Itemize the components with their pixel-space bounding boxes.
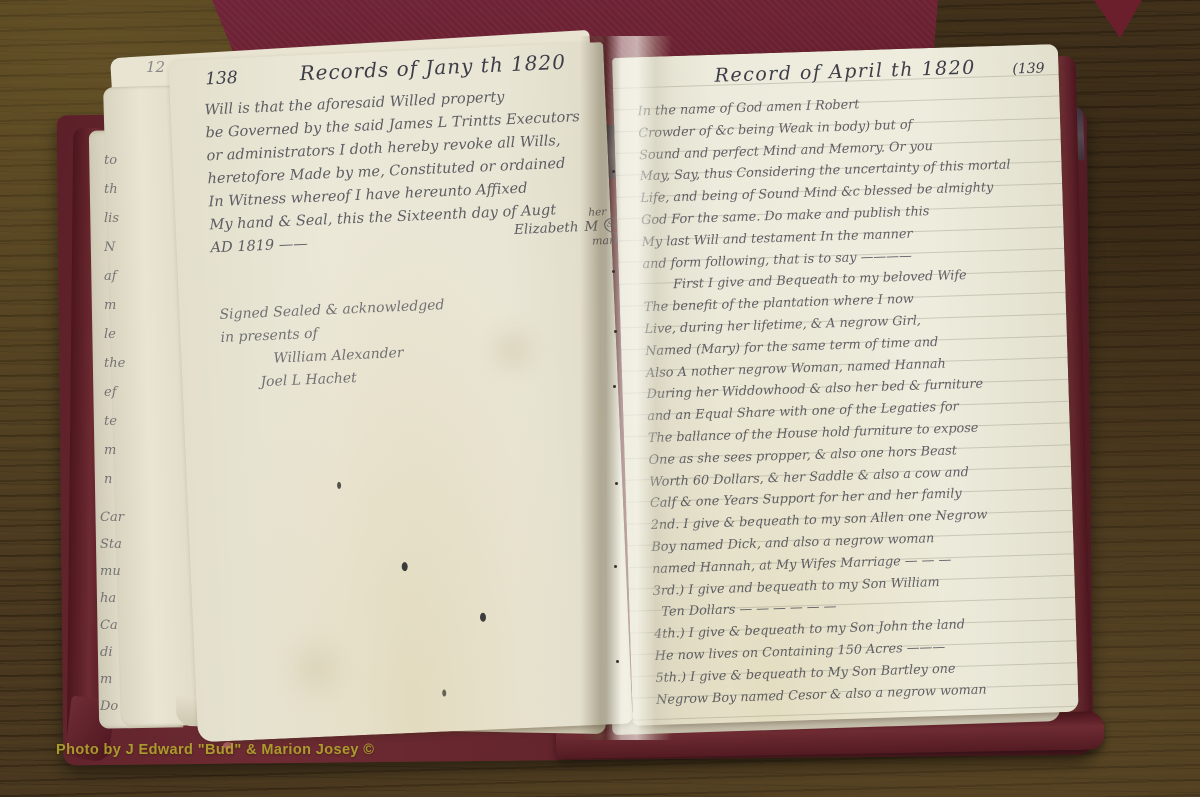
- edge-fragment: the: [104, 349, 125, 378]
- edge-fragment: di: [100, 639, 124, 666]
- left-page-title: Records of Jany th 1820: [299, 50, 566, 86]
- signature-block: her Elizabeth M Seal mark: [513, 205, 628, 251]
- right-page: Record of April th 1820 (139 In the name…: [612, 44, 1079, 726]
- left-page: 138 Records of Jany th 1820 Will is that…: [168, 42, 632, 742]
- edge-fragment: th: [104, 175, 125, 204]
- buried-page-text-fragments-top: to th lis N af m le the ef te m n: [104, 146, 125, 494]
- signature-mark-initial: M: [584, 218, 599, 235]
- edge-fragment: m: [100, 666, 124, 693]
- edge-fragment: n: [104, 465, 125, 494]
- edge-fragment: af: [104, 262, 125, 291]
- binding-stitch-dots: [612, 170, 615, 173]
- ink-specks: [168, 61, 172, 68]
- edge-fragment: Car: [100, 504, 124, 531]
- edge-fragment: mu: [100, 558, 124, 585]
- edge-fragment: m: [104, 436, 125, 465]
- edge-fragment: te: [104, 407, 125, 436]
- edge-fragment: le: [104, 320, 125, 349]
- right-page-body: In the name of God amen I Robert Crowder…: [637, 88, 1070, 711]
- signature-name: Elizabeth: [514, 219, 579, 238]
- edge-fragment: to: [104, 146, 125, 175]
- edge-fragment: lis: [104, 204, 125, 233]
- left-page-number: 138: [205, 68, 238, 89]
- edge-fragment: N: [104, 233, 125, 262]
- edge-fragment: Sta: [100, 531, 124, 558]
- under-page-number: 12: [146, 58, 165, 76]
- photographer-watermark: Photo by J Edward "Bud" & Marion Josey ©: [56, 742, 374, 758]
- right-page-number: (139: [1012, 60, 1045, 77]
- edge-fragment: Do: [100, 693, 124, 720]
- buried-page-text-fragments-bottom: Car Sta mu ha Ca di m Do: [100, 504, 124, 720]
- edge-fragment: m: [104, 291, 125, 320]
- edge-fragment: Ca: [100, 612, 124, 639]
- left-page-text: 138 Records of Jany th 1820 Will is that…: [189, 48, 608, 396]
- edge-fragment: ha: [100, 585, 124, 612]
- right-page-text: Record of April th 1820 (139 In the name…: [636, 54, 1070, 711]
- witness-block: Signed Sealed & acknowledged in presents…: [219, 287, 608, 396]
- edge-fragment: ef: [104, 378, 125, 407]
